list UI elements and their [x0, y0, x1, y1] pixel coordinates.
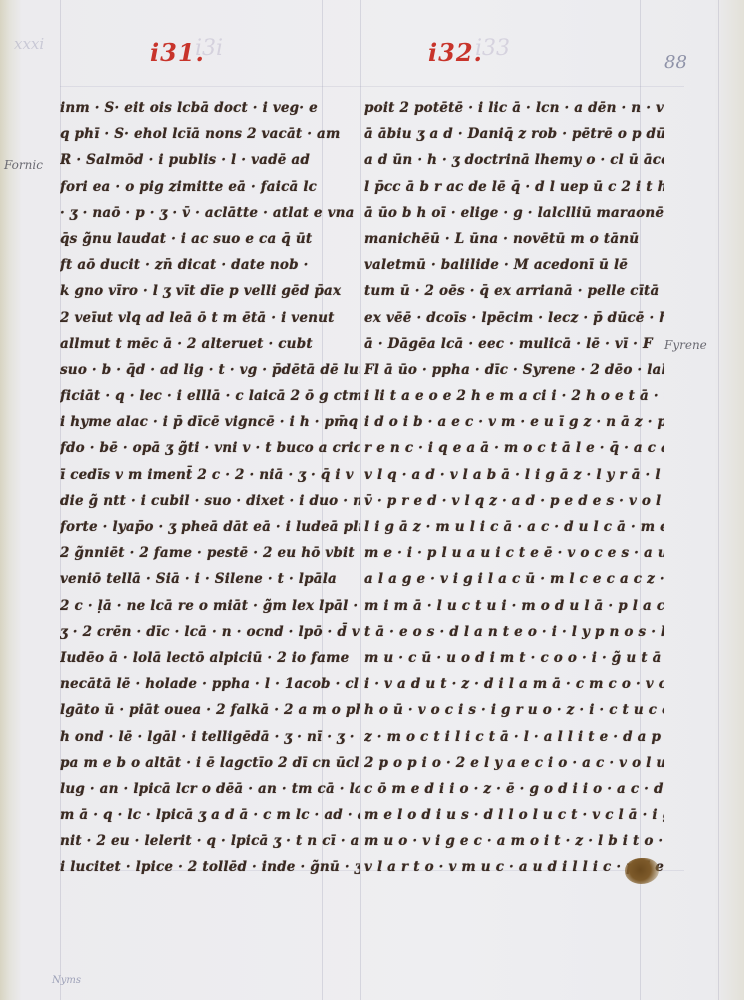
text-line: l p̄cc ā b r ac de lē q̄ · d l uep ū c 2…	[364, 174, 664, 200]
text-line: t ā · e o s · d l a n t e o · i · l y p …	[364, 619, 664, 645]
text-line: m e l o d i u s · d l l o l u c t · v c …	[364, 802, 664, 828]
text-line: ficiāt · q · lec · i elllā · c laicā 2 ō…	[60, 383, 360, 409]
text-line: forte · lyap̄o · ʒ pheā dāt eā · i ludeā…	[60, 514, 360, 540]
text-line: v l a r t o · v m u c · a u d i l l i c …	[364, 854, 664, 880]
text-line: m u o · v i g e c · a m o i t · z · l b …	[364, 828, 664, 854]
text-line: fori ea · o pig zimitte eā · faicā lc	[60, 174, 360, 200]
text-line: k gno vīro · l ʒ vīt dīe p velli gēd p̄a…	[60, 278, 360, 304]
bottom-margin-note: Nyms	[52, 975, 81, 986]
text-line: allmut t mēc ā · 2 alteruet · cubt	[60, 331, 360, 357]
text-line: l i g ā z · m u l i c ā · a c · d u l c …	[364, 514, 664, 540]
text-line: m ā · q · lc · lpicā ʒ a d ā · c m lc · …	[60, 802, 360, 828]
text-line: c ō m e d i i o · z · ē · g o d i i o · …	[364, 776, 664, 802]
ruling-line-col2-left	[360, 0, 361, 1000]
rubric-heading-left: i31.	[150, 38, 205, 67]
text-line: inm · S· eit ois lcbā doct · i veg· e	[60, 95, 360, 121]
text-line: 2 veīut vlq ad leā ō t m ētā · i venut	[60, 305, 360, 331]
ruling-line-top	[60, 86, 684, 87]
marginal-note-left: Fornic	[4, 158, 43, 172]
text-line: ā · Dāgēa lcā · eec · mulicā · lē · vī ·…	[364, 331, 664, 357]
text-line: ʒ · 2 crēn · dīc · lcā · n · ocnd · lpō …	[60, 619, 360, 645]
marginal-note-right: Fyrene	[664, 338, 707, 352]
text-line: h o ū · v o c i s · i g r u o · z · i · …	[364, 697, 664, 723]
text-column-left: inm · S· eit ois lcbā doct · i veg· eq p…	[60, 95, 360, 881]
manuscript-page: xxxi i3i i33 i31. i32. 88 Fornic Fyrene …	[0, 0, 744, 1000]
text-line: v l q · a d · v l a b ā · l i g ā z · l …	[364, 462, 664, 488]
text-line: Iudēo ā · lolā lectō alpiciū · 2 io fame	[60, 645, 360, 671]
rubric-heading-right: i32.	[428, 38, 483, 67]
text-line: die g̃ ntt · i cubil · suo · dixet · i d…	[60, 488, 360, 514]
text-line: veniō tellā · Siā · i · Silene · t · lpā…	[60, 566, 360, 592]
text-line: i hyme alac · i p̄ dīcē vigncē · i h · p…	[60, 409, 360, 435]
text-line: z · m o c t i l i c t ā · l · a l l i t …	[364, 724, 664, 750]
text-line: ā ābiu ʒ a d · Daniq̄ z rob · pētrē o p …	[364, 121, 664, 147]
text-line: i lucitet · lpice · 2 tollēd · inde · g̃…	[60, 854, 360, 880]
text-line: q phī · S· ehol lcīā nons 2 vacāt · am	[60, 121, 360, 147]
margin-mark-top-left: xxxi	[14, 35, 44, 53]
text-line: lug · an · lpicā lcr o dēā · an · tm cā …	[60, 776, 360, 802]
text-line: i li t a e o e 2 h e m a ci i · 2 h o e …	[364, 383, 664, 409]
text-line: lgāto ū · piāt ouea · 2 falkā · 2 a m o …	[60, 697, 360, 723]
text-line: ex vēē · dcoīs · lpēcim · lecz · p̄ dūcē…	[364, 305, 664, 331]
text-line: a d ūn · h · ʒ doctrinā lhemy o · cl ū ā…	[364, 147, 664, 173]
text-line: ā ūo b h oī · elige · g · lalclliū marao…	[364, 200, 664, 226]
text-line: valetmū · balilide · M acedonī ū lē	[364, 252, 664, 278]
text-line: ft aō ducit · zn̄ dicat · date nob ·	[60, 252, 360, 278]
text-line: R · Salmōd · i publis · l · vadē ad	[60, 147, 360, 173]
text-line: 2 g̃nniēt · 2 fame · pestē · 2 eu hō vbi…	[60, 540, 360, 566]
text-line: fdo · bē · opā ʒ g̃ti · vni v · t buco a…	[60, 435, 360, 461]
text-line: m e · i · p l u a u i c t e ē · v o c e …	[364, 540, 664, 566]
text-line: nit · 2 eu · lelerit · q · lpicā ʒ · t n…	[60, 828, 360, 854]
text-line: 2 p o p i o · 2 e l y a e c i o · a c · …	[364, 750, 664, 776]
text-line: ī cedīs v m iment̄ 2 c · 2 · niā · ʒ · q…	[60, 462, 360, 488]
text-line: pa m e b o altāt · i ē lagctīo 2 dī cn ū…	[60, 750, 360, 776]
text-line: poit 2 potētē · i lic ā · lcn · a dēn · …	[364, 95, 664, 121]
text-line: m u · c ū · u o d i m t · c o o · i · g̃…	[364, 645, 664, 671]
ruling-line-outer	[718, 0, 719, 1000]
text-line: v̄ · p r e d · v l q z · a d · p e d e s…	[364, 488, 664, 514]
text-line: q̄s g̃nu laudat · i ac suo e ca q̄ ūt	[60, 226, 360, 252]
text-line: 2 c · ḷā · ne lcā re o miāt · g̃m lex lp…	[60, 593, 360, 619]
text-line: i · v a d u t · z · d i l a m ā · c m c …	[364, 671, 664, 697]
text-line: necātā lē · holade · ppha · l · 1acob · …	[60, 671, 360, 697]
text-line: suo · b · q̄d · ad lig · t · vg · p̄dētā…	[60, 357, 360, 383]
text-line: m i m ā · l u c t u i · m o d u l ā · p …	[364, 593, 664, 619]
text-line: · ʒ · naō · p · ʒ · v̄ · aclātte · atlat…	[60, 200, 360, 226]
text-line: h ond · lē · lgāl · i telligēdā · ʒ · nī…	[60, 724, 360, 750]
text-column-right: poit 2 potētē · i lic ā · lcn · a dēn · …	[364, 95, 664, 881]
text-line: a l a g e · v i g i l a c ū · m l c e c …	[364, 566, 664, 592]
text-line: manichēū · L ūna · novētū m o tānū	[364, 226, 664, 252]
text-line: Fl ā ūo · ppha · dīc · Syrene · 2 dēo · …	[364, 357, 664, 383]
text-line: r e n c · i q e a ā · m o c t ā l e · q̄…	[364, 435, 664, 461]
folio-number: 88	[664, 52, 687, 73]
text-line: i d o i b · a e c · v m · e u ī g z · n …	[364, 409, 664, 435]
text-line: tum ū · 2 oēs · q̄ ex arrianā · pelle cī…	[364, 278, 664, 304]
